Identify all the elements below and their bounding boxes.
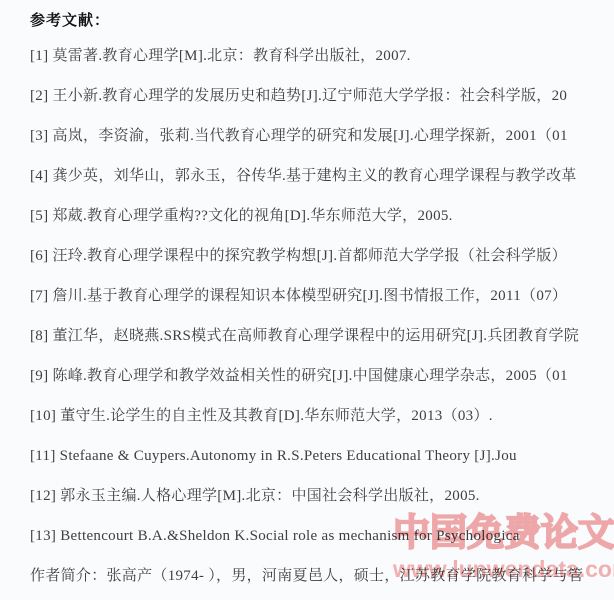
reference-item-10: [10] 董守生.论学生的自主性及其教育[D].华东师范大学，2013（03）.: [30, 407, 614, 447]
reference-item-7: [7] 詹川.基于教育心理学的课程知识本体模型研究[J].图书情报工作，2011…: [30, 287, 614, 327]
reference-item-8: [8] 董江华，赵晓燕.SRS模式在高师教育心理学课程中的运用研究[J].兵团教…: [30, 327, 614, 367]
reference-item-9: [9] 陈峰.教育心理学和教学效益相关性的研究[J].中国健康心理学杂志，200…: [30, 367, 614, 407]
reference-item-12: [12] 郭永玉主编.人格心理学[M].北京：中国社会科学出版社，2005.: [30, 487, 614, 527]
reference-item-13: [13] Bettencourt B.A.&Sheldon K.Social r…: [30, 527, 614, 567]
author-bio: 作者简介：张高产（1974- ），男，河南夏邑人，硕士，江苏教育学院教育科学与管: [30, 567, 614, 600]
page: { "heading": "参考文献：", "references": [ "[…: [0, 0, 614, 600]
reference-item-5: [5] 郑葳.教育心理学重构??文化的视角[D].华东师范大学，2005.: [30, 207, 614, 247]
reference-item-2: [2] 王小新.教育心理学的发展历史和趋势[J].辽宁师范大学学报：社会科学版，…: [30, 87, 614, 127]
reference-document: 参考文献： [1] 莫雷著.教育心理学[M].北京：教育科学出版社，2007. …: [0, 0, 614, 600]
references-heading: 参考文献：: [30, 9, 614, 30]
reference-item-3: [3] 高岚，李资渝，张莉.当代教育心理学的研究和发展[J].心理学探新，200…: [30, 127, 614, 167]
reference-item-1: [1] 莫雷著.教育心理学[M].北京：教育科学出版社，2007.: [30, 47, 614, 87]
reference-item-4: [4] 龚少英，刘华山，郭永玉，谷传华.基于建构主义的教育心理学课程与教学改革: [30, 167, 614, 207]
reference-list: [1] 莫雷著.教育心理学[M].北京：教育科学出版社，2007. [2] 王小…: [30, 47, 614, 567]
reference-item-6: [6] 汪玲.教育心理学课程中的探究教学构想[J].首都师范大学学报（社会科学版…: [30, 247, 614, 287]
reference-item-11: [11] Stefaane & Cuypers.Autonomy in R.S.…: [30, 447, 614, 487]
